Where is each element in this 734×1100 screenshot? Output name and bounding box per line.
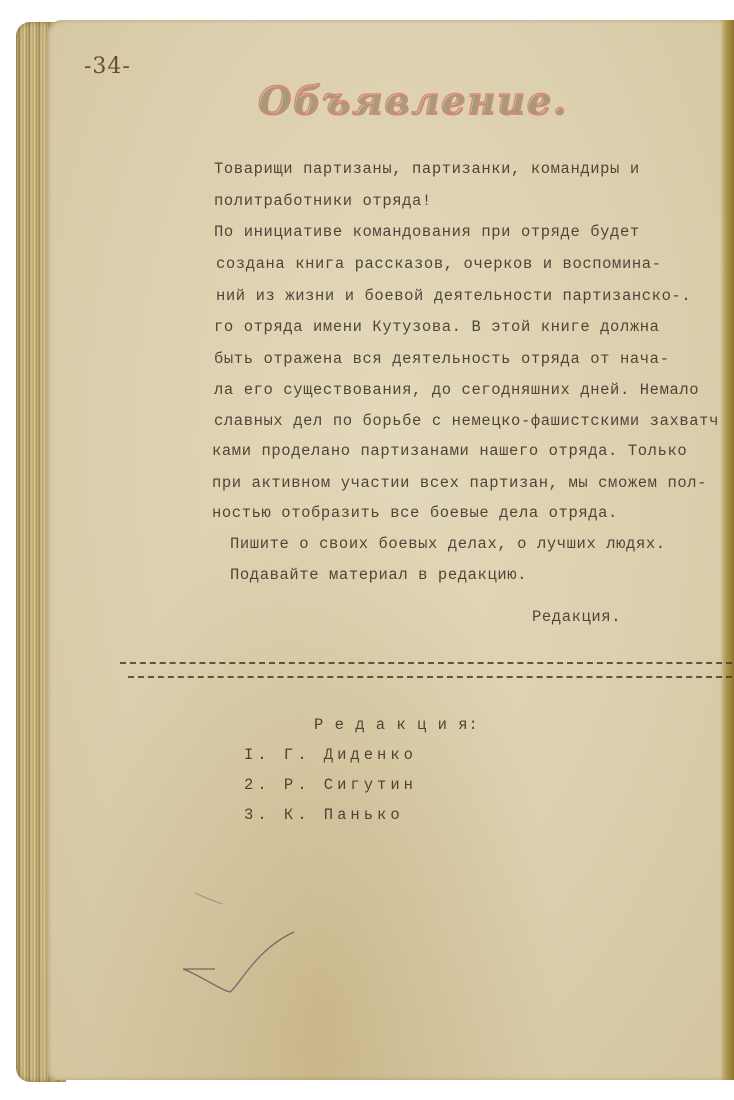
pencil-check-mark-icon	[0, 0, 734, 1100]
